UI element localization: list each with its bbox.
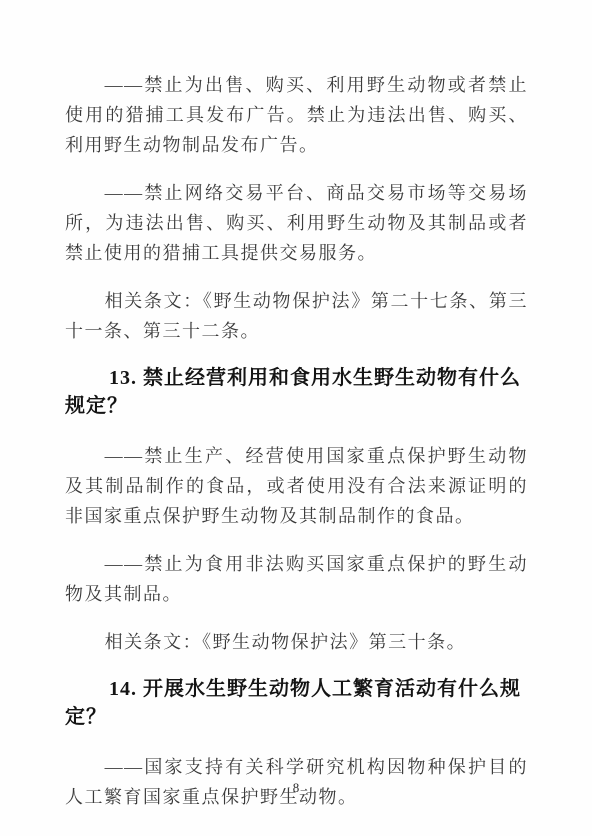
paragraph-food-purchase-ban: ——禁止为食用非法购买国家重点保护的野生动物及其制品。 — [65, 549, 528, 609]
document-page: ——禁止为出售、购买、利用野生动物或者禁止使用的猎捕工具发布广告。禁止为违法出售… — [0, 0, 592, 836]
document-content: ——禁止为出售、购买、利用野生动物或者禁止使用的猎捕工具发布广告。禁止为违法出售… — [0, 0, 592, 812]
related-articles-q13: 相关条文：《野生动物保护法》第三十条。 — [65, 627, 528, 657]
question-heading-14: 14. 开展水生野生动物人工繁育活动有什么规定？ — [65, 675, 528, 731]
paragraph-advertising-ban: ——禁止为出售、购买、利用野生动物或者禁止使用的猎捕工具发布广告。禁止为违法出售… — [65, 70, 528, 160]
related-articles-q12: 相关条文：《野生动物保护法》第二十七条、第三十一条、第三十二条。 — [65, 286, 528, 346]
paragraph-trading-platform-ban: ——禁止网络交易平台、商品交易市场等交易场所，为违法出售、购买、利用野生动物及其… — [65, 178, 528, 268]
paragraph-food-production-ban: ——禁止生产、经营使用国家重点保护野生动物及其制品制作的食品，或者使用没有合法来… — [65, 441, 528, 531]
question-heading-13: 13. 禁止经营利用和食用水生野生动物有什么规定？ — [65, 364, 528, 420]
page-number: 8 — [0, 780, 592, 796]
